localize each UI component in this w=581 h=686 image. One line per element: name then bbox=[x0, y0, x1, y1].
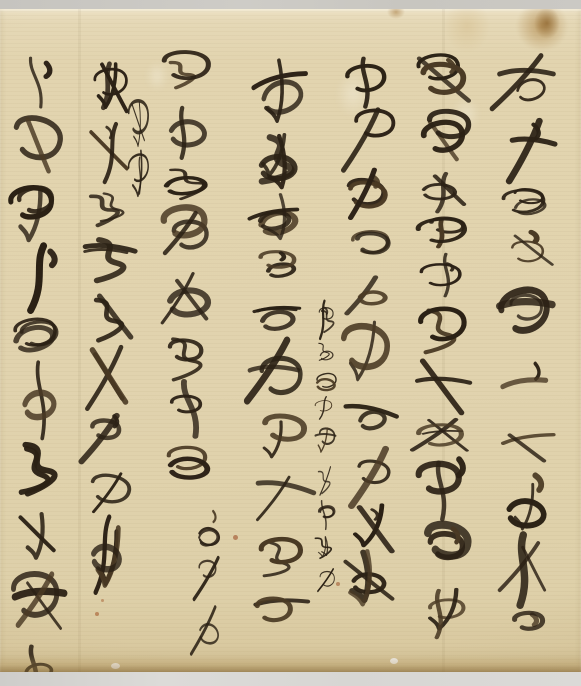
ink-stain bbox=[534, 9, 560, 39]
rust-speck bbox=[95, 612, 99, 616]
rust-speck bbox=[101, 599, 104, 602]
calligraphy-character: 六 bbox=[190, 554, 224, 603]
calligraphy-character: 人 bbox=[497, 50, 559, 118]
calligraphy-character: 打 bbox=[497, 353, 559, 423]
calligraphy-character: 名 bbox=[340, 54, 400, 106]
calligraphy-character: 空 bbox=[497, 604, 559, 656]
calligraphy-character: 也 bbox=[340, 505, 400, 549]
calligraphy-character: 郷 bbox=[247, 289, 309, 339]
calligraphy-character: 十 bbox=[312, 501, 340, 531]
calligraphy-character: 三 bbox=[156, 269, 218, 328]
calligraphy-character: 法 bbox=[497, 280, 559, 351]
text-column-5: 文殊井之三所地也 bbox=[156, 47, 218, 487]
calligraphy-character: 六 bbox=[247, 341, 309, 412]
calligraphy-character: 殊 bbox=[156, 97, 218, 162]
annotation-column-6: 嶋男 bbox=[126, 93, 152, 197]
calligraphy-character: 大 bbox=[414, 52, 476, 107]
calligraphy-character: 井 bbox=[340, 223, 400, 270]
calligraphy-character: 文 bbox=[497, 472, 559, 537]
ink-stain bbox=[387, 9, 405, 19]
text-column-4: 大段第一郷六万巻並至 bbox=[247, 53, 309, 640]
calligraphy-character: 殊 bbox=[340, 170, 400, 221]
calligraphy-character: 大 bbox=[80, 232, 138, 286]
manuscript-photograph: 人氣不善法打求文義空大空三昧之用心大空三昧名美殊井之三所地也沈十六〆二百八十二疋… bbox=[0, 0, 581, 686]
calligraphy-character: 百 bbox=[312, 421, 340, 458]
calligraphy-character: 井 bbox=[80, 288, 138, 345]
calligraphy-character: 地 bbox=[156, 387, 218, 437]
calligraphy-character: 地 bbox=[340, 450, 400, 503]
annotation-column-5: 十六〆 bbox=[190, 509, 224, 658]
calligraphy-character: 昧 bbox=[414, 589, 476, 632]
calligraphy-character: 三 bbox=[414, 521, 476, 587]
calligraphy-character: 三 bbox=[414, 169, 476, 212]
calligraphy-character: 並 bbox=[247, 531, 309, 585]
calligraphy-character: 六 bbox=[312, 338, 340, 366]
text-column-3: 名美殊井之三所地也沈 bbox=[340, 53, 400, 605]
calligraphy-character: 也 bbox=[80, 519, 138, 593]
calligraphy-character: 巻 bbox=[247, 468, 309, 529]
calligraphy-character: 心 bbox=[414, 358, 476, 414]
paper-chip bbox=[390, 658, 398, 664]
calligraphy-character: 立 bbox=[8, 567, 68, 640]
calligraphy-character: 一 bbox=[247, 245, 309, 287]
calligraphy-character: 善 bbox=[497, 227, 559, 278]
calligraphy-character: 所 bbox=[340, 389, 400, 448]
calligraphy-character: 氣 bbox=[497, 120, 559, 179]
calligraphy-character: 地 bbox=[80, 466, 138, 517]
calligraphy-character: 之 bbox=[156, 204, 218, 267]
calligraphy-character: 伽 bbox=[8, 56, 68, 112]
calligraphy-character: 昧 bbox=[414, 214, 476, 253]
calligraphy-character: 空 bbox=[414, 456, 476, 519]
calligraphy-character: 万 bbox=[247, 414, 309, 466]
ink-stain bbox=[516, 9, 568, 51]
calligraphy-character: 三 bbox=[340, 316, 400, 387]
text-column-1: 人氣不善法打求文義空 bbox=[497, 49, 559, 657]
calligraphy-character: 不 bbox=[497, 181, 559, 225]
calligraphy-character: 沈 bbox=[340, 551, 400, 604]
calligraphy-character: 所 bbox=[80, 409, 138, 464]
calligraphy-character: 龍 bbox=[8, 114, 68, 179]
calligraphy-character: 井 bbox=[156, 164, 218, 202]
paper-bottom-edge bbox=[0, 655, 581, 672]
text-column-7: 伽龍種井菩提心院立堂 bbox=[8, 55, 68, 672]
mount-edge-top bbox=[0, 0, 581, 9]
rust-speck bbox=[233, 535, 238, 540]
calligraphy-character: 嶋 bbox=[126, 94, 152, 149]
annotation-column-3: 十六〆二百八十二疋 bbox=[312, 301, 340, 599]
calligraphy-character: 義 bbox=[497, 539, 559, 602]
calligraphy-character: 院 bbox=[8, 504, 68, 565]
calligraphy-character: 求 bbox=[497, 425, 559, 470]
calligraphy-character: 所 bbox=[156, 330, 218, 385]
calligraphy-character: 之 bbox=[340, 272, 400, 314]
calligraphy-character: 菩 bbox=[8, 310, 68, 361]
calligraphy-character: 也 bbox=[156, 439, 218, 486]
calligraphy-character: 〆 bbox=[190, 605, 224, 657]
calligraphy-character: 大 bbox=[247, 54, 309, 126]
calligraphy-character: 美 bbox=[340, 108, 400, 168]
calligraphy-character: 疋 bbox=[312, 561, 340, 598]
calligraphy-character: 主 bbox=[80, 347, 138, 407]
calligraphy-character: 十 bbox=[190, 510, 224, 552]
calligraphy-character: 之 bbox=[414, 255, 476, 298]
paper-chip bbox=[111, 663, 120, 669]
mount-edge-bottom bbox=[0, 672, 581, 686]
calligraphy-character: 用 bbox=[414, 300, 476, 356]
calligraphy-character: 堂 bbox=[8, 642, 68, 672]
text-column-2: 大空三昧之用心大空三昧 bbox=[414, 51, 476, 633]
calligraphy-character: 二 bbox=[312, 396, 340, 419]
calligraphy-character: 至 bbox=[247, 587, 309, 639]
manuscript-paper: 人氣不善法打求文義空大空三昧之用心大空三昧名美殊井之三所地也沈十六〆二百八十二疋… bbox=[0, 9, 581, 672]
calligraphy-character: 二 bbox=[312, 533, 340, 559]
calligraphy-character: 〆 bbox=[312, 368, 340, 394]
calligraphy-character: 文 bbox=[156, 48, 218, 95]
calligraphy-character: 種 bbox=[8, 181, 68, 245]
calligraphy-character: 段 bbox=[247, 128, 309, 189]
calligraphy-character: 井 bbox=[8, 247, 68, 308]
calligraphy-character: 男 bbox=[126, 151, 152, 196]
calligraphy-character: 空 bbox=[414, 109, 476, 167]
water-stain bbox=[444, 9, 490, 53]
calligraphy-character: 心 bbox=[8, 440, 68, 502]
calligraphy-character: 提 bbox=[8, 363, 68, 438]
calligraphy-character: 十 bbox=[312, 302, 340, 336]
calligraphy-character: 第 bbox=[247, 191, 309, 243]
calligraphy-character: 大 bbox=[414, 416, 476, 454]
